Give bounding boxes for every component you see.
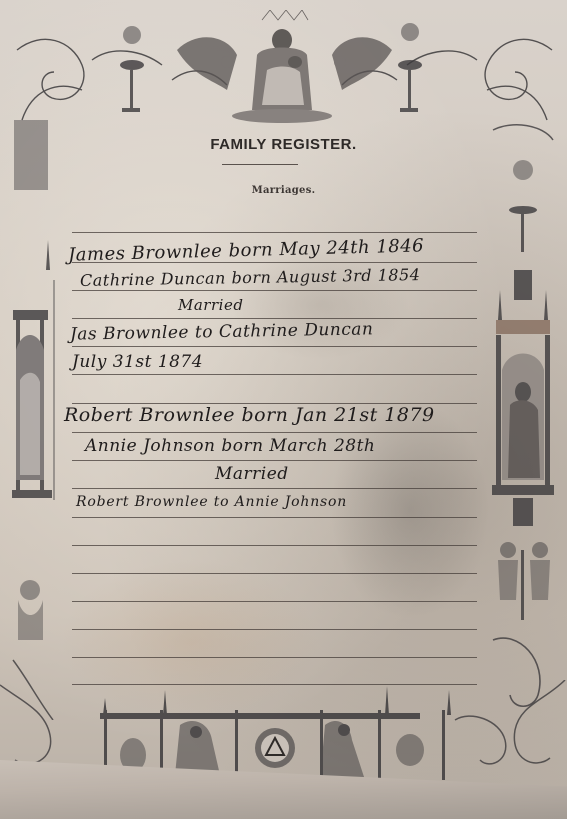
- entry-marriage-date: July 31st 1874: [72, 352, 203, 372]
- entry-married-label: Married: [178, 296, 243, 314]
- ruled-line: [72, 545, 477, 546]
- left-ornament-border: [8, 120, 58, 720]
- entry-marriage-record: Robert Brownlee to Annie Johnson: [76, 494, 347, 510]
- section-heading-marriages: Marriages.: [0, 185, 567, 196]
- entry-married-label: Married: [215, 464, 289, 484]
- ruled-line: [72, 374, 477, 375]
- ruled-line: [72, 460, 477, 461]
- madonna-figure: [232, 10, 332, 123]
- register-title: FAMILY REGISTER.: [0, 136, 567, 153]
- top-ornament-border: [12, 10, 557, 125]
- ruled-line: [72, 684, 477, 685]
- entry-bride-birth: Annie Johnson born March 28th: [85, 436, 375, 456]
- ruled-line: [72, 488, 477, 489]
- ruled-line: [72, 517, 477, 518]
- ruled-line: [72, 601, 477, 602]
- stain: [330, 400, 490, 620]
- ruled-line: [72, 346, 477, 347]
- ruled-line: [72, 318, 477, 319]
- triangle-emblem: [255, 728, 295, 768]
- ruled-line: [72, 629, 477, 630]
- ruled-line: [72, 232, 477, 233]
- entry-groom-birth: Robert Brownlee born Jan 21st 1879: [64, 404, 435, 426]
- title-divider: [222, 164, 298, 165]
- ruled-line: [72, 657, 477, 658]
- ruled-line: [72, 573, 477, 574]
- ruled-line: [72, 290, 477, 291]
- register-page: FAMILY REGISTER. Marriages. James Brownl…: [0, 0, 567, 819]
- right-ornament-border: [488, 120, 558, 720]
- ruled-line: [72, 432, 477, 433]
